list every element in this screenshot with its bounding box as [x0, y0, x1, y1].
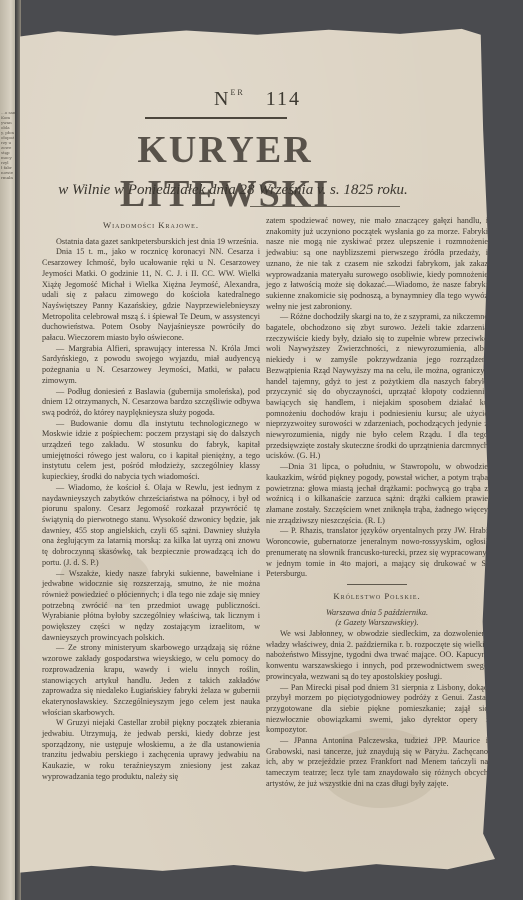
- article-paragraph: — Pan Mirecki pisał pod dniem 31 sierpni…: [266, 683, 488, 737]
- article-paragraph: — Wszakże, kiedy nasze fabryki sukienne,…: [42, 569, 260, 644]
- section-source: (z Gazety Warszawskiey).: [266, 618, 488, 629]
- issue-number-value: 114: [266, 88, 301, 110]
- section-heading-kingdom-of-poland: Królestwo Polskie.: [266, 591, 488, 602]
- article-paragraph: — Różne dochodziły skargi na to, że z sz…: [266, 312, 488, 462]
- article-paragraph: W Gruzyi niejaki Castellar zrobił piękny…: [42, 718, 260, 782]
- article-paragraph: — Podług doniesień z Baslawia (gubernija…: [42, 387, 260, 419]
- article-paragraph: — Wiadomo, że kościoł ś. Olaja w Rewlu, …: [42, 483, 260, 569]
- dateline: w Wilnie w Poniedziałek dnia 28 Września…: [38, 182, 428, 199]
- issue-number-superscript: ER: [230, 88, 244, 97]
- article-paragraph: —Dnia 31 lipca, o południu, w Stawropolu…: [266, 462, 488, 526]
- section-dateline: Warszawa dnia 5 października.: [266, 608, 488, 619]
- right-column: zatem spodziewać nowey, nie mało znacząc…: [266, 216, 488, 790]
- article-paragraph: zatem spodziewać nowey, nie mało znacząc…: [266, 216, 488, 312]
- article-paragraph: — Margrabia Alfieri, sprawujący interess…: [42, 344, 260, 387]
- article-paragraph: — P. Rhazis, translator języków oryental…: [266, 526, 488, 580]
- article-paragraph: — Budowanie domu dla instytutu technolog…: [42, 419, 260, 483]
- issue-number: NER 114: [20, 88, 495, 111]
- article-paragraph: — Ze strony ministeryum skarbowego urząd…: [42, 643, 260, 718]
- issue-number-prefix: N: [214, 88, 230, 110]
- newspaper-page: NER 114 KURYER LITEWSKI w Wilnie w Ponie…: [20, 28, 495, 876]
- article-paragraph: Dnia 15 t. m., jako w rocznicę koronacyi…: [42, 247, 260, 343]
- article-paragraph: Ostatnia data gazet sanktpetersburskich …: [42, 237, 260, 248]
- article-paragraph: — JPanna Antonina Palczewska, tudzież JP…: [266, 736, 488, 790]
- section-divider: [347, 584, 407, 585]
- section-heading-domestic-news: Wiadomości Krajowe.: [42, 220, 260, 231]
- left-column: Wiadomości Krajowe. Ostatnia data gazet …: [42, 216, 260, 783]
- dateline-rule: [250, 206, 400, 207]
- masthead-rule: [145, 117, 287, 119]
- article-paragraph: We wsi Jabłonney, w obwodzie siedleckim,…: [266, 629, 488, 683]
- newspaper-title: KURYER LITEWSKI: [30, 128, 420, 216]
